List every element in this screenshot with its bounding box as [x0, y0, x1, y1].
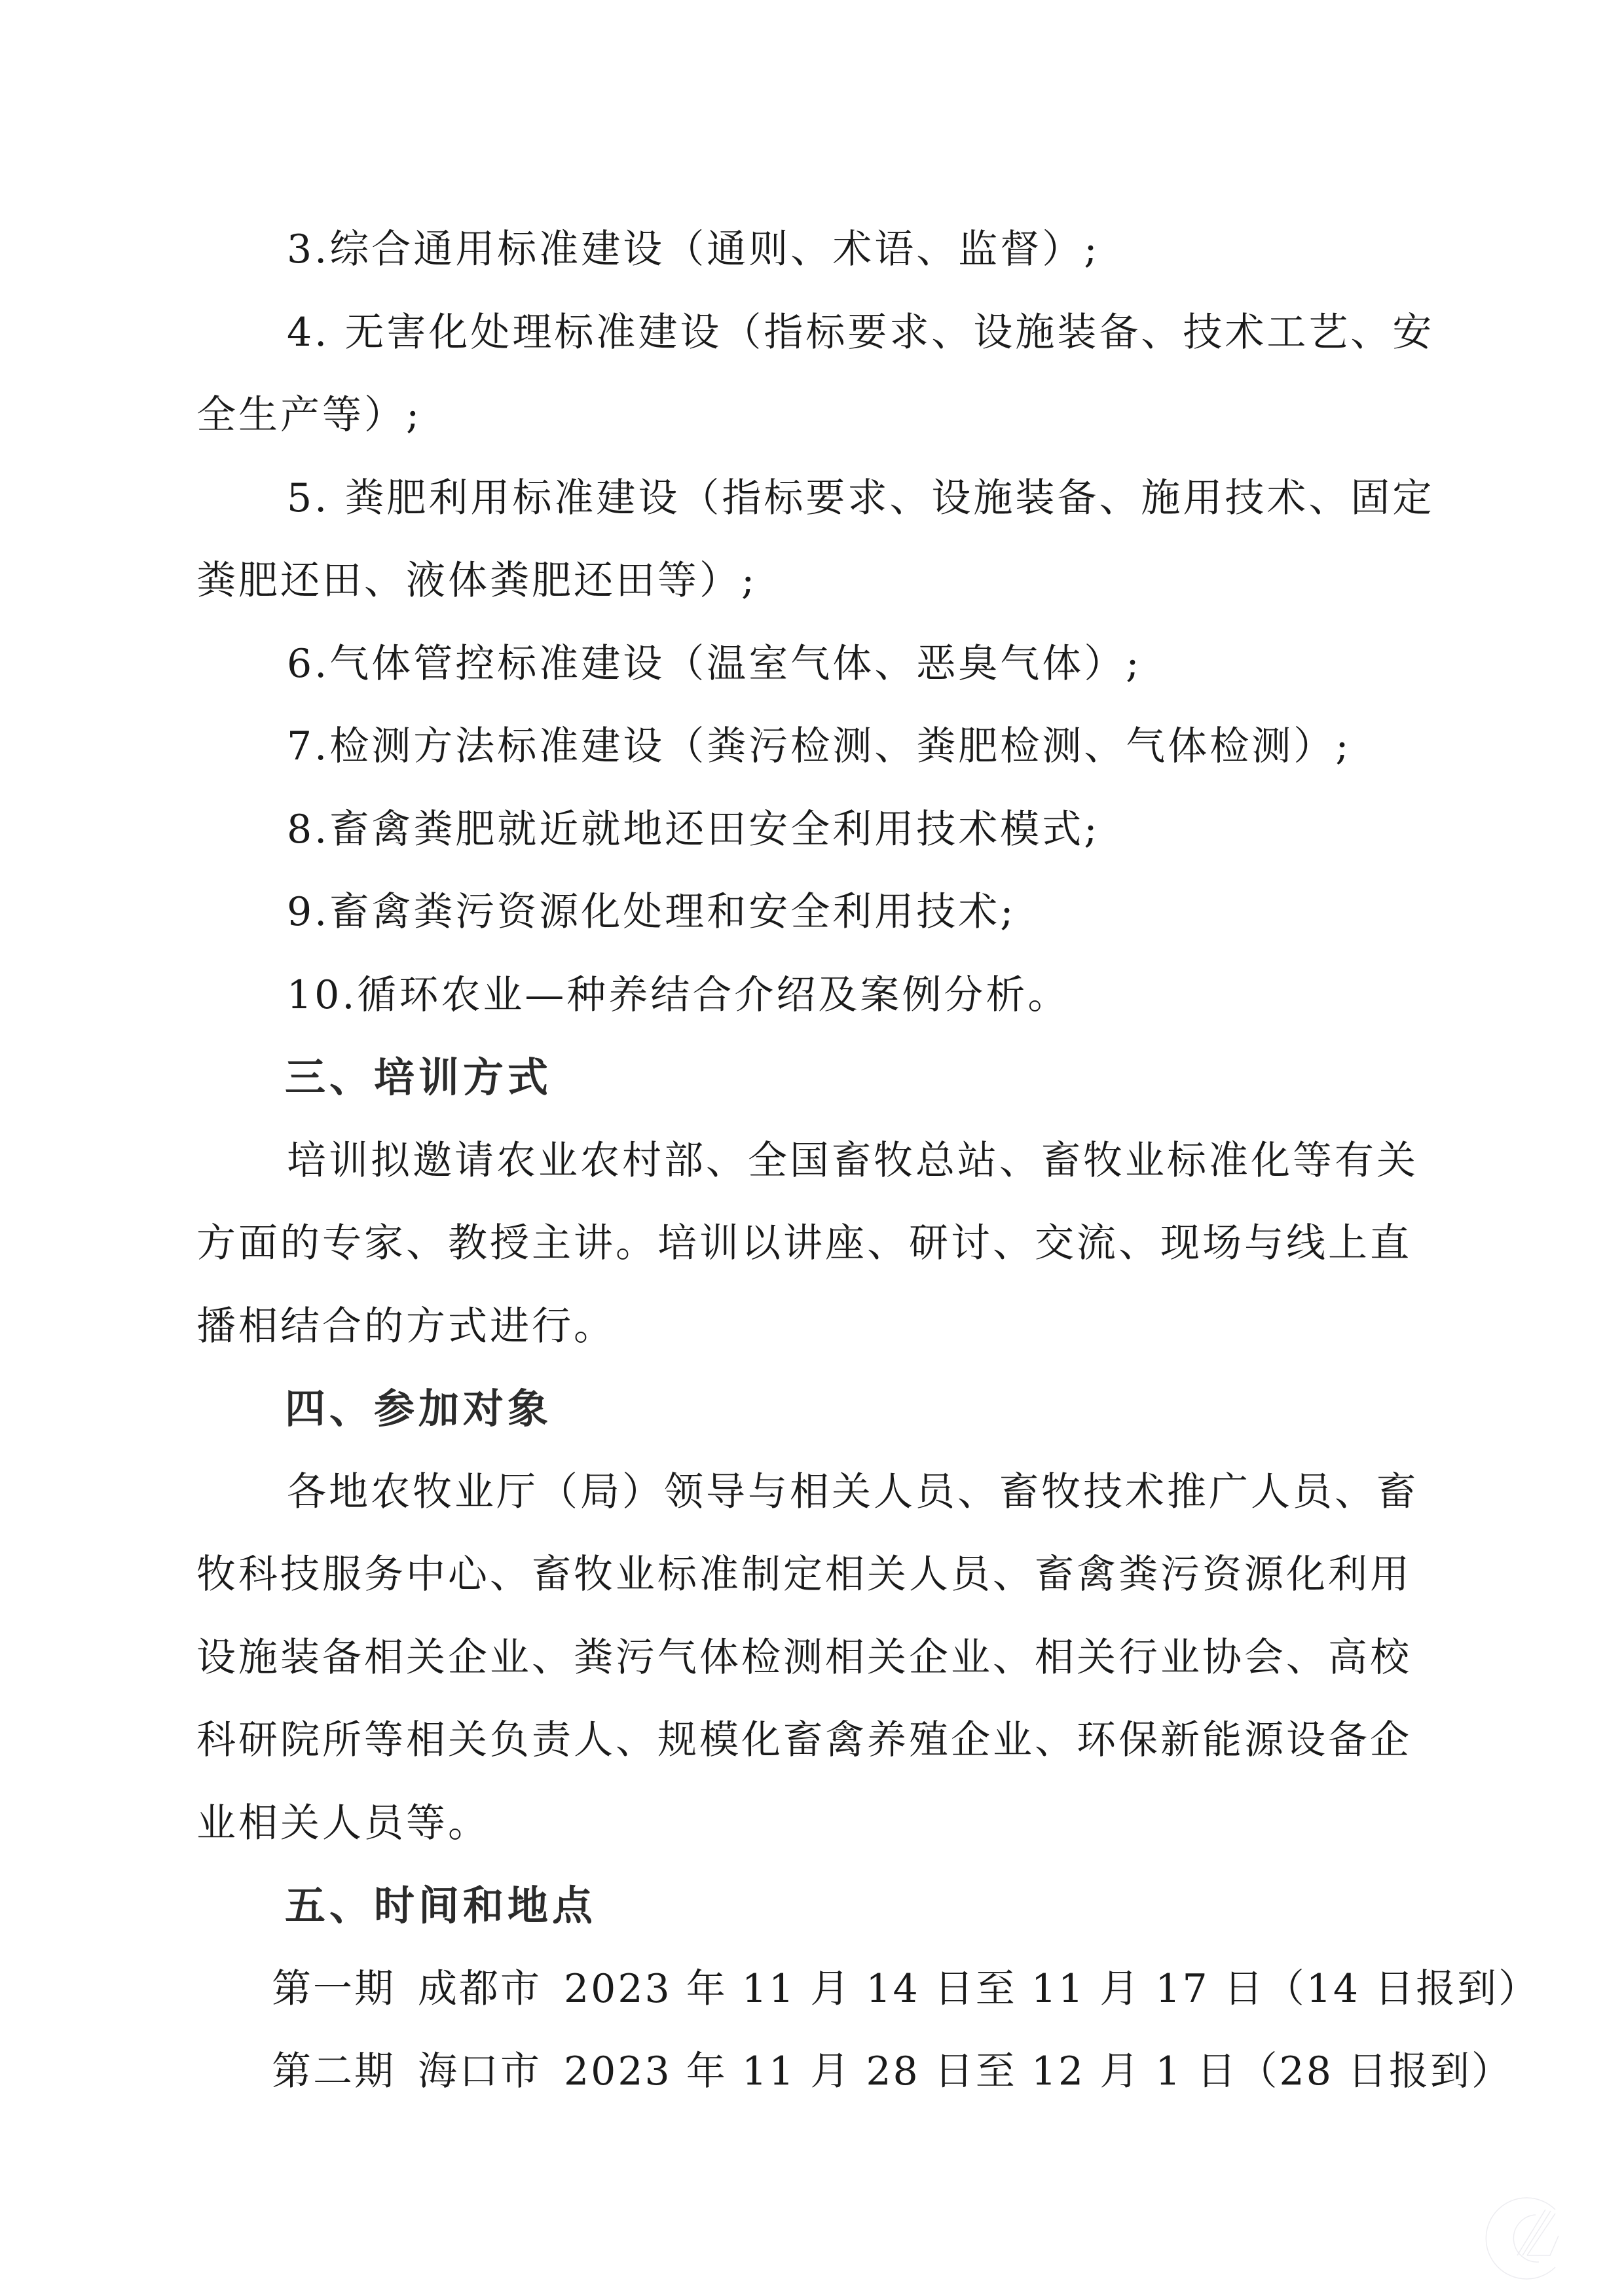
- content-item-4-line-2: 全生产等）;: [196, 374, 1457, 457]
- content-item-3: 3.综合通用标准建设（通则、术语、监督）;: [196, 208, 1457, 291]
- content-item-4-line-1: 4. 无害化处理标准建设（指标要求、设施装备、技术工艺、安: [196, 291, 1457, 374]
- content-item-5-line-1: 5. 粪肥利用标准建设（指标要求、设施装备、施用技术、固定: [196, 457, 1457, 540]
- item-text: 畜禽粪污资源化处理和安全利用技术;: [329, 889, 1016, 935]
- item-number: 6.: [287, 641, 329, 687]
- training-method-line-2: 方面的专家、教授主讲。培训以讲座、研讨、交流、现场与线上直: [196, 1202, 1457, 1285]
- content-item-5-line-2: 粪肥还田、液体粪肥还田等）;: [196, 539, 1457, 623]
- content-item-7: 7.检测方法标准建设（粪污检测、粪肥检测、气体检测）;: [196, 705, 1457, 788]
- item-number: 9.: [287, 889, 329, 935]
- document-page: 3.综合通用标准建设（通则、术语、监督）; 4. 无害化处理标准建设（指标要求、…: [196, 208, 1457, 2113]
- content-item-10: 10.循环农业—种养结合介绍及案例分析。: [196, 954, 1457, 1037]
- session-1: 第一期成都市2023 年 11 月 14 日至 11 月 17 日（14 日报到…: [196, 1948, 1457, 2031]
- content-item-9: 9.畜禽粪污资源化处理和安全利用技术;: [196, 871, 1457, 954]
- session-city: 海口市: [418, 2049, 542, 2094]
- item-number: 7.: [287, 723, 329, 769]
- session-2: 第二期海口市2023 年 11 月 28 日至 12 月 1 日（28 日报到）: [196, 2030, 1457, 2113]
- session-dates: 2023 年 11 月 28 日至 12 月 1 日（28 日报到）: [564, 2049, 1513, 2094]
- session-city: 成都市: [418, 1966, 542, 2012]
- organization-logo-icon: [1483, 2196, 1568, 2282]
- participants-line-2: 牧科技服务中心、畜牧业标准制定相关人员、畜禽粪污资源化利用: [196, 1533, 1457, 1616]
- section-heading-participants: 四、参加对象: [196, 1368, 1457, 1451]
- item-text: 畜禽粪肥就近就地还田安全利用技术模式;: [329, 807, 1099, 852]
- section-heading-time-place: 五、时间和地点: [196, 1865, 1457, 1948]
- participants-line-3: 设施装备相关企业、粪污气体检测相关企业、相关行业协会、高校: [196, 1616, 1457, 1700]
- training-method-line-1: 培训拟邀请农业农村部、全国畜牧总站、畜牧业标准化等有关: [196, 1120, 1457, 1203]
- item-number: 8.: [287, 807, 329, 852]
- item-text: 气体管控标准建设（温室气体、恶臭气体）;: [329, 641, 1141, 687]
- item-text: 综合通用标准建设（通则、术语、监督）;: [329, 227, 1099, 272]
- session-dates: 2023 年 11 月 14 日至 11 月 17 日（14 日报到）: [564, 1966, 1540, 2012]
- participants-line-5: 业相关人员等。: [196, 1782, 1457, 1865]
- content-item-8: 8.畜禽粪肥就近就地还田安全利用技术模式;: [196, 788, 1457, 871]
- item-text: 循环农业—种养结合介绍及案例分析。: [357, 972, 1069, 1018]
- training-method-line-3: 播相结合的方式进行。: [196, 1285, 1457, 1368]
- content-item-6: 6.气体管控标准建设（温室气体、恶臭气体）;: [196, 623, 1457, 706]
- item-number: 10.: [287, 972, 357, 1018]
- section-heading-training-method: 三、培训方式: [196, 1036, 1457, 1120]
- participants-line-4: 科研院所等相关负责人、规模化畜禽养殖企业、环保新能源设备企: [196, 1699, 1457, 1782]
- session-period: 第一期: [272, 1966, 396, 2012]
- session-period: 第二期: [272, 2049, 396, 2094]
- item-text: 检测方法标准建设（粪污检测、粪肥检测、气体检测）;: [329, 723, 1351, 769]
- participants-line-1: 各地农牧业厅（局）领导与相关人员、畜牧技术推广人员、畜: [196, 1451, 1457, 1534]
- item-number: 3.: [287, 227, 329, 272]
